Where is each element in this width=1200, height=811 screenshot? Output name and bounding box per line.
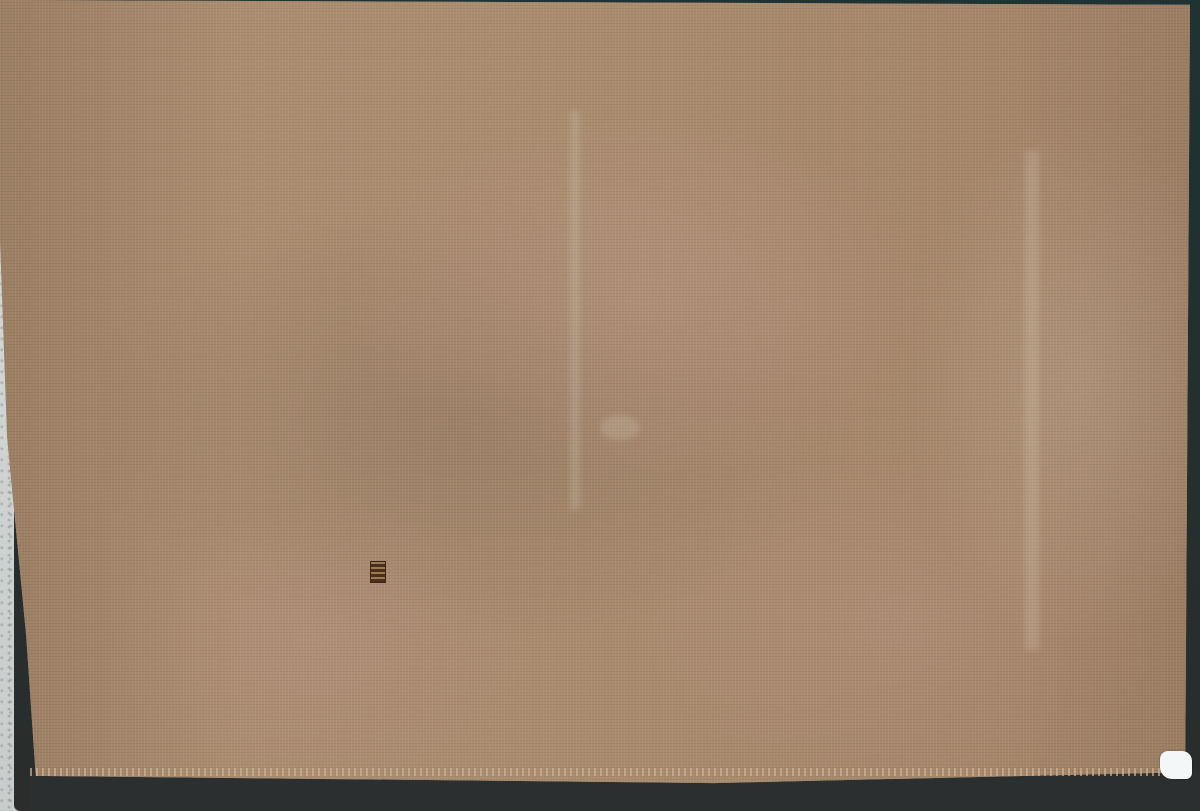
rug-back — [0, 0, 1190, 795]
worn-streak — [570, 110, 580, 510]
photo-scene: Faded rug back with small repair mark an… — [0, 0, 1200, 811]
paper-tag — [1160, 751, 1192, 779]
worn-spot — [600, 415, 640, 440]
rug-fringe — [30, 768, 1180, 776]
worn-streak — [1025, 150, 1039, 650]
repair-mark — [370, 561, 386, 583]
